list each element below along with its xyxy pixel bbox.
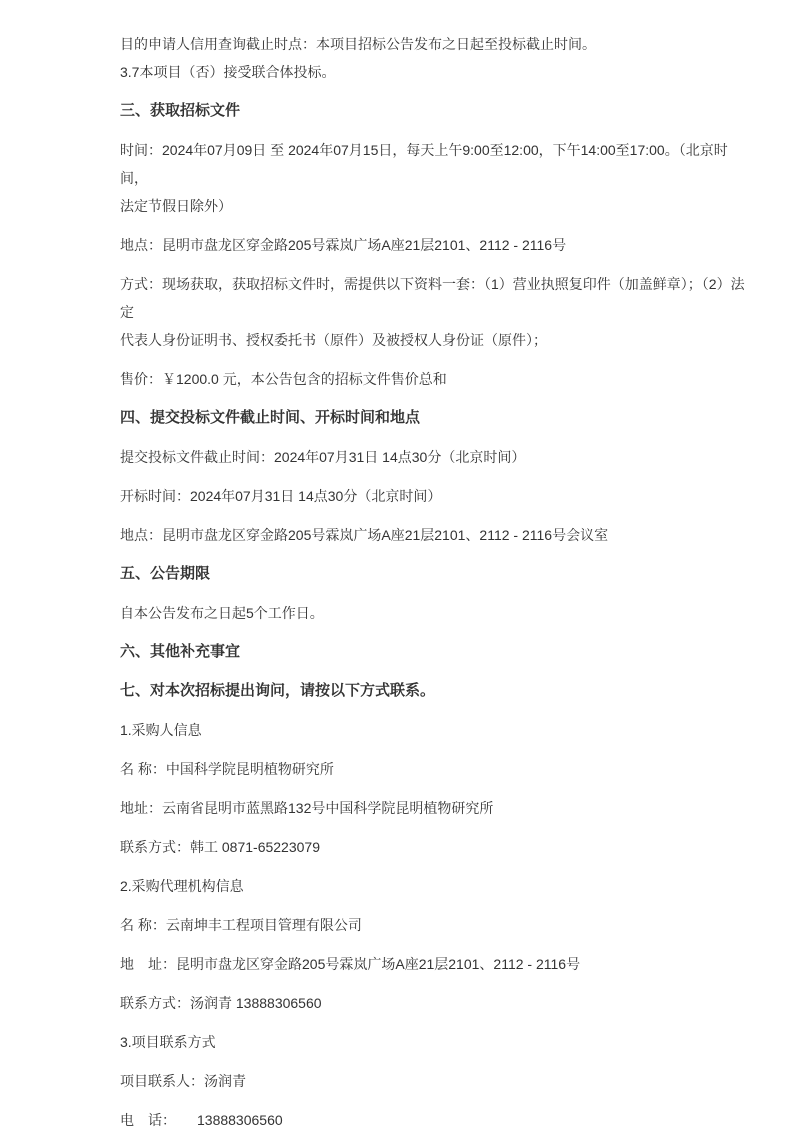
paragraph: 项目联系人：汤润青 (120, 1067, 748, 1095)
paragraph: 提交投标文件截止时间：2024年07月31日 14点30分（北京时间） (120, 443, 748, 471)
paragraph: 名 称：云南坤丰工程项目管理有限公司 (120, 911, 748, 939)
section-heading: 四、提交投标文件截止时间、开标时间和地点 (120, 404, 748, 432)
section-heading: 三、获取招标文件 (120, 97, 748, 125)
paragraph: 售价：￥1200.0 元，本公告包含的招标文件售价总和 (120, 365, 748, 393)
paragraph: 时间：2024年07月09日 至 2024年07月15日，每天上午9:00至12… (120, 136, 748, 220)
paragraph: 开标时间：2024年07月31日 14点30分（北京时间） (120, 482, 748, 510)
paragraph: 自本公告发布之日起5个工作日。 (120, 599, 748, 627)
document-page: 目的申请人信用查询截止时点：本项目招标公告发布之日起至投标截止时间。 3.7本项… (0, 0, 800, 1131)
paragraph: 2.采购代理机构信息 (120, 872, 748, 900)
paragraph: 名 称：中国科学院昆明植物研究所 (120, 755, 748, 783)
paragraph: 地址：云南省昆明市蓝黑路132号中国科学院昆明植物研究所 (120, 794, 748, 822)
section-heading: 五、公告期限 (120, 560, 748, 588)
paragraph: 1.采购人信息 (120, 716, 748, 744)
paragraph: 3.项目联系方式 (120, 1028, 748, 1056)
paragraph: 电 话： 13888306560 (120, 1106, 748, 1131)
section-heading: 七、对本次招标提出询问，请按以下方式联系。 (120, 677, 748, 705)
announcement-body: 目的申请人信用查询截止时点：本项目招标公告发布之日起至投标截止时间。 3.7本项… (0, 0, 798, 1131)
paragraph: 地 址：昆明市盘龙区穿金路205号霖岚广场A座21层2101、2112 - 21… (120, 950, 748, 978)
paragraph: 联系方式：韩工 0871-65223079 (120, 833, 748, 861)
paragraph: 方式：现场获取，获取招标文件时，需提供以下资料一套：（1）营业执照复印件（加盖鲜… (120, 270, 748, 354)
paragraph: 地点：昆明市盘龙区穿金路205号霖岚广场A座21层2101、2112 - 211… (120, 231, 748, 259)
paragraph: 目的申请人信用查询截止时点：本项目招标公告发布之日起至投标截止时间。 3.7本项… (120, 30, 748, 86)
section-heading: 六、其他补充事宜 (120, 638, 748, 666)
paragraph: 地点：昆明市盘龙区穿金路205号霖岚广场A座21层2101、2112 - 211… (120, 521, 748, 549)
paragraph: 联系方式：汤润青 13888306560 (120, 989, 748, 1017)
